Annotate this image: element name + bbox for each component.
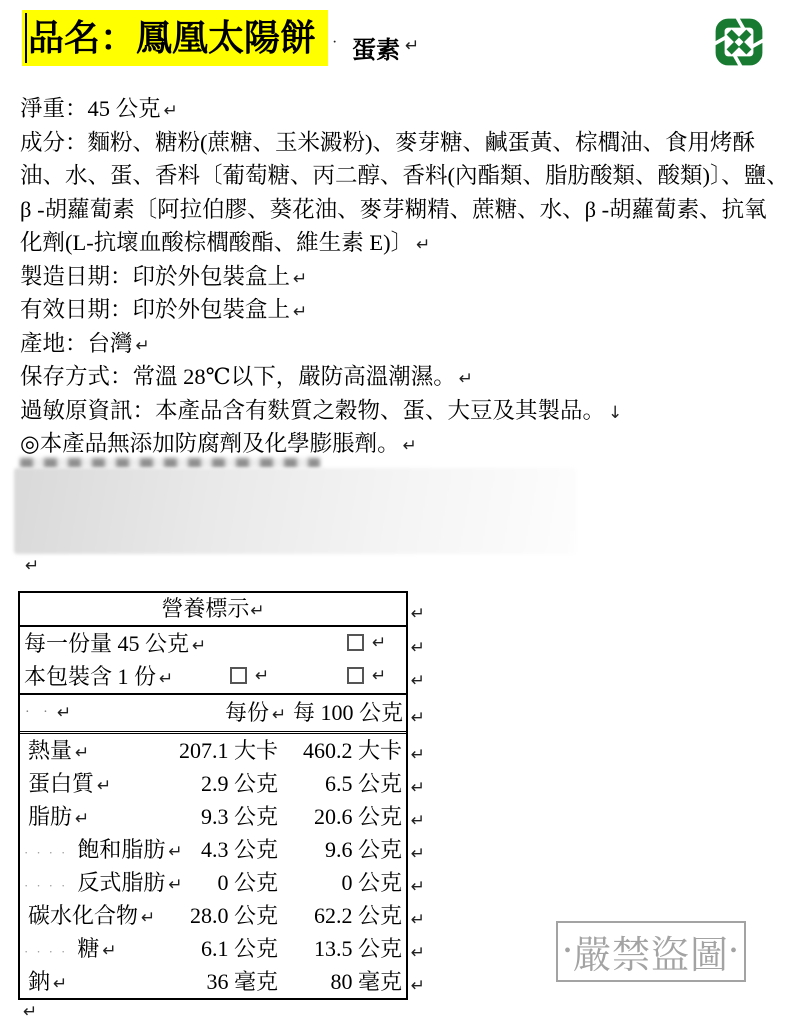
- allergen-line: 過敏原資訊：本產品含有麩質之穀物、蛋、大豆及其製品。↓: [20, 394, 795, 428]
- paragraph-mark-icon: ↵: [293, 302, 307, 322]
- col-header-per-100g: 每 100 公克: [293, 695, 403, 731]
- paragraph-mark-icon: ↵: [405, 36, 419, 56]
- checkbox-icon[interactable]: [347, 634, 364, 651]
- nutrition-table: 營養標示↵ ↵ 每一份量 45 公克↵ ↵ ↵ 本包裝含 1 份↵ ↵ ↵ ↵ …: [18, 591, 408, 1000]
- ingredients-line-4: 化劑(L-抗壞血酸棕櫚酸酯、維生素 E)〕↵: [20, 226, 795, 260]
- table-row-trans-fat: ····反式脂肪↵ 0 公克 0 公克 ↵: [20, 866, 406, 899]
- ingredients-line-2: 油、水、蛋、香料〔葡萄糖、丙二醇、香料(內酯類、脂肪酸類、酸類)〕、鹽、: [20, 159, 795, 193]
- table-row-calories: 熱量↵ 207.1 大卡 460.2 大卡 ↵: [20, 734, 406, 767]
- paragraph-mark-icon: ↵: [459, 369, 473, 389]
- redacted-blur-block: [14, 468, 576, 554]
- col-header-per-serving: 每份↵: [225, 695, 286, 733]
- bullet-icon: •: [730, 940, 738, 963]
- checkbox-icon[interactable]: [230, 667, 247, 684]
- watermark-text: 嚴禁盜圖: [573, 924, 729, 979]
- expiry-date-line: 有效日期：印於外包裝盒上↵: [20, 293, 795, 327]
- serving-size-line: 每一份量 45 公克↵ ↵ ↵: [20, 627, 406, 660]
- paragraph-mark-icon: ↵: [403, 436, 417, 456]
- serving-info-cell: 每一份量 45 公克↵ ↵ ↵ 本包裝含 1 份↵ ↵ ↵ ↵: [20, 627, 406, 695]
- line-break-mark-icon: ↓: [608, 403, 622, 423]
- anti-theft-watermark: • 嚴禁盜圖 •: [556, 921, 746, 982]
- paragraph-mark-icon: ↵: [136, 336, 150, 356]
- bullet-icon: •: [564, 940, 572, 963]
- servings-per-package-line: 本包裝含 1 份↵ ↵ ↵ ↵: [20, 660, 406, 693]
- paragraph-mark-icon: ↵: [293, 269, 307, 289]
- text-cursor: [25, 13, 27, 63]
- product-name-title: 品名：鳳凰太陽餅: [22, 10, 328, 66]
- table-row-carbohydrate: 碳水化合物↵ 28.0 公克 62.2 公克 ↵: [20, 899, 406, 932]
- ingredients-line-1: 成分：麵粉、糖粉(蔗糖、玉米澱粉)、麥芽糖、鹹蛋黃、棕櫚油、食用烤酥: [20, 126, 795, 160]
- manufacture-date-line: 製造日期：印於外包裝盒上↵: [20, 260, 795, 294]
- table-row-sodium: 鈉↵ 36 毫克 80 毫克 ↵: [20, 965, 406, 998]
- table-row-sugar: ····糖↵ 6.1 公克 13.5 公克 ↵: [20, 932, 406, 965]
- net-weight-line: 淨重：45 公克↵: [20, 92, 795, 126]
- storage-line: 保存方式：常溫 28℃以下，嚴防高溫潮濕。↵: [20, 360, 795, 394]
- paragraph-mark-icon: ↵: [164, 101, 178, 121]
- table-row-protein: 蛋白質↵ 2.9 公克 6.5 公克 ↵: [20, 767, 406, 800]
- table-row-fat: 脂肪↵ 9.3 公克 20.6 公克 ↵: [20, 800, 406, 833]
- paragraph-mark-icon: ↵: [23, 1002, 37, 1022]
- blurred-text-remnant: [20, 458, 320, 468]
- paragraph-mark-icon: ↵: [25, 556, 39, 576]
- origin-line: 產地：台灣↵: [20, 327, 795, 361]
- nutrition-table-title: 營養標示: [161, 596, 249, 621]
- checkbox-icon[interactable]: [347, 667, 364, 684]
- label-text-block: 淨重：45 公克↵ 成分：麵粉、糖粉(蔗糖、玉米澱粉)、麥芽糖、鹹蛋黃、棕櫚油、…: [20, 92, 795, 461]
- paragraph-mark-icon: ↵: [416, 235, 430, 255]
- ingredients-line-3: β -胡蘿蔔素〔阿拉伯膠、葵花油、麥芽糊精、蔗糖、水、β -胡蘿蔔素、抗氧: [20, 193, 795, 227]
- column-header-row: · · ↵ 每份↵ 每 100 公克 ↵: [20, 695, 406, 734]
- no-additives-line: ◎本產品無添加防腐劑及化學膨脹劑。↵: [20, 427, 795, 461]
- table-row-saturated-fat: ····飽和脂肪↵ 4.3 公克 9.6 公克 ↵: [20, 833, 406, 866]
- nutrition-table-title-row: 營養標示↵ ↵: [20, 593, 406, 627]
- recycling-symbol-icon: [712, 15, 766, 69]
- product-subtype-label: 蛋素: [352, 30, 400, 65]
- space-marks: · ·: [25, 695, 53, 731]
